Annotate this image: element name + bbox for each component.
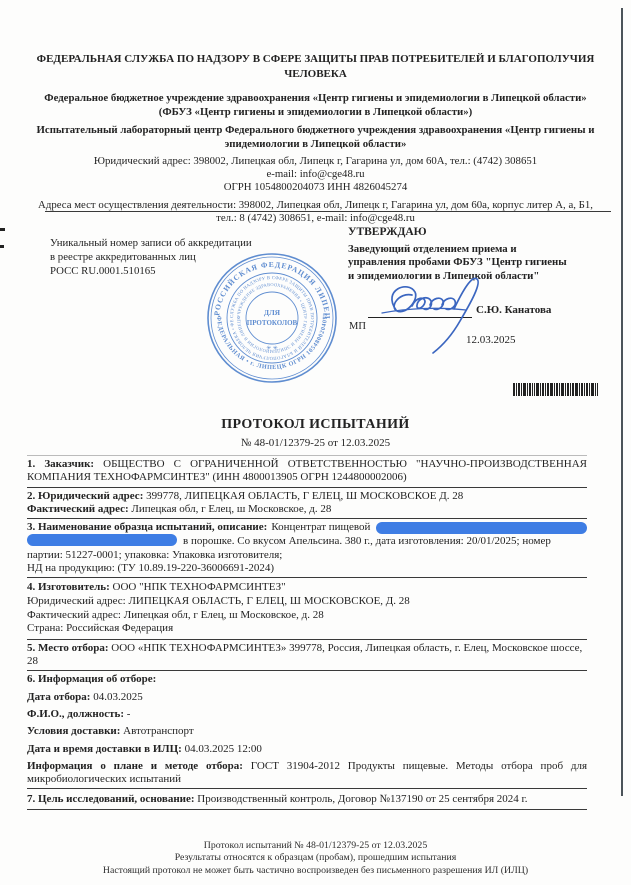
scan-mark-1 [0,228,5,231]
footer-reproduction-note: Настоящий протокол не может быть частичн… [0,865,631,877]
ogrn-inn-line: ОГРН 1054800204073 ИНН 4826045274 [30,181,601,195]
section-customer-value: ОБЩЕСТВО С ОГРАНИЧЕННОЙ ОТВЕТСТВЕННОСТЬЮ… [27,458,587,483]
sampling-date-value: 04.03.2025 [93,691,143,703]
sample-line1: 3. Наименование образца испытаний, описа… [27,521,587,534]
actual-address-label: Фактический адрес: [27,503,129,515]
manufacturer-actual-value: Липецкая обл, г Елец, ш Московское, д. 2… [124,609,324,621]
manufacturer-actual-label: Фактический адрес: [27,609,121,621]
stamp-decor-marks: ✳ ✳ [266,345,278,352]
redaction-bar-1 [376,522,587,534]
sampling-method-label: Информация о плане и методе отбора: [27,760,243,772]
section-purpose: 7. Цель исследований, основание: Произво… [27,791,587,809]
section-customer-label: 1. Заказчик: [27,458,94,470]
barcode [513,383,598,396]
sample-line2: в порошке. Со вкусом Апельсина. 380 г., … [27,534,587,548]
testing-lab-center-name: Испытательный лабораторный центр Федерал… [30,124,601,151]
email-line: e-mail: info@cge48.ru [30,168,601,182]
redaction-bar-2 [27,534,177,546]
footer-results-note: Результаты относятся к образцам (пробам)… [0,852,631,864]
round-stamp: РОССИЙСКАЯ ФЕДЕРАЦИЯ ЛИПЕЦКАЯ ОБЛАСТЬ ФЕ… [202,248,342,388]
sampling-place-label: 5. Место отбора: [27,642,109,654]
section-sample-description: 3. Наименование образца испытаний, описа… [27,519,587,578]
delivery-datetime-value: 04.03.2025 12:00 [185,743,262,755]
sample-text2: в порошке. Со вкусом Апельсина. 380 г., … [183,535,551,547]
country-label: Страна: [27,622,63,634]
manufacturer-legal-value: ЛИПЕЦКАЯ ОБЛАСТЬ, Г ЕЛЕЦ, Ш МОСКОВСКОЕ, … [128,595,409,607]
section-sampling-info: 6. Информация об отборе: Дата отбора: 04… [27,671,587,791]
page-footer: Протокол испытаний № 48-01/12379-25 от 1… [0,840,631,877]
sample-text4: НД на продукцию: (ТУ 10.89.19-220-360066… [27,562,587,575]
organization-name: Федеральное бюджетное учреждение здравоо… [30,92,601,119]
stamp-center-line2: ПРОТОКОЛОВ [247,319,298,327]
activity-addresses: Адреса мест осуществления деятельности: … [30,199,601,225]
actual-address-value: Липецкая обл, г Елец, ш Московское, д. 2… [131,503,331,515]
protocol-number: № 48-01/12379-25 от 12.03.2025 [0,437,631,449]
delivery-datetime-label: Дата и время доставки в ИЛЦ: [27,743,182,755]
section-customer: 1. Заказчик: ОБЩЕСТВО С ОГРАНИЧЕННОЙ ОТВ… [27,455,587,488]
legal-address: Юридический адрес: 398002, Липецкая обл,… [30,155,601,169]
federal-service-title: ФЕДЕРАЛЬНАЯ СЛУЖБА ПО НАДЗОРУ В СФЕРЕ ЗА… [30,52,601,82]
fio-label: Ф.И.О., должность: [27,708,124,720]
organization-name-line2: (ФБУЗ «Центр гигиены и эпидемиологии в Л… [30,106,601,120]
header-divider [45,211,611,212]
legal-address-label: 2. Юридический адрес: [27,490,143,502]
fio-value: - [127,708,131,720]
country-value: Российская Федерация [66,622,173,634]
organization-name-line1: Федеральное бюджетное учреждение здравоо… [30,92,601,106]
stamp-place-label: МП [349,321,366,332]
footer-protocol-ref: Протокол испытаний № 48-01/12379-25 от 1… [0,840,631,852]
sampling-place-value: ООО «НПК ТЕХНОФАРМСИНТЕЗ» 399778, Россия… [27,642,582,667]
section-manufacturer: 4. Изготовитель: ООО "НПК ТЕХНОФАРМСИНТЕ… [27,578,587,639]
protocol-sections: 1. Заказчик: ОБЩЕСТВО С ОГРАНИЧЕННОЙ ОТВ… [27,455,587,810]
section-sampling-place: 5. Место отбора: ООО «НПК ТЕХНОФАРМСИНТЕ… [27,640,587,672]
scan-mark-2 [0,245,4,248]
sample-text3: партии: 51227-0001; упаковка: Упаковка и… [27,549,587,562]
stamp-center-line1: ДЛЯ [264,308,281,317]
manufacturer-label: 4. Изготовитель: [27,581,110,593]
sample-text1: Концентрат пищевой [267,521,370,534]
delivery-conditions-value: Автотранспорт [123,725,194,737]
handwritten-signature [366,268,506,360]
delivery-conditions-label: Условия доставки: [27,725,120,737]
manufacturer-value: ООО "НПК ТЕХНОФАРМСИНТЕЗ" [113,581,286,593]
scan-edge-line [621,8,623,796]
approval-position-line1: Заведующий отделением приема и [348,243,620,257]
section-legal-address: 2. Юридический адрес: 399778, ЛИПЕЦКАЯ О… [27,488,587,520]
protocol-title: ПРОТОКОЛ ИСПЫТАНИЙ [0,417,631,433]
purpose-label: 7. Цель исследований, основание: [27,793,195,805]
manufacturer-legal-label: Юридический адрес: [27,595,126,607]
approval-title: УТВЕРЖДАЮ [348,226,620,240]
sampling-date-label: Дата отбора: [27,691,90,703]
sampling-info-label: 6. Информация об отборе: [27,673,587,686]
sample-label: 3. Наименование образца испытаний, описа… [27,521,267,534]
legal-address-value: 399778, ЛИПЕЦКАЯ ОБЛАСТЬ, Г ЕЛЕЦ, Ш МОСК… [146,490,463,502]
purpose-value: Производственный контроль, Договор №1371… [197,793,527,805]
